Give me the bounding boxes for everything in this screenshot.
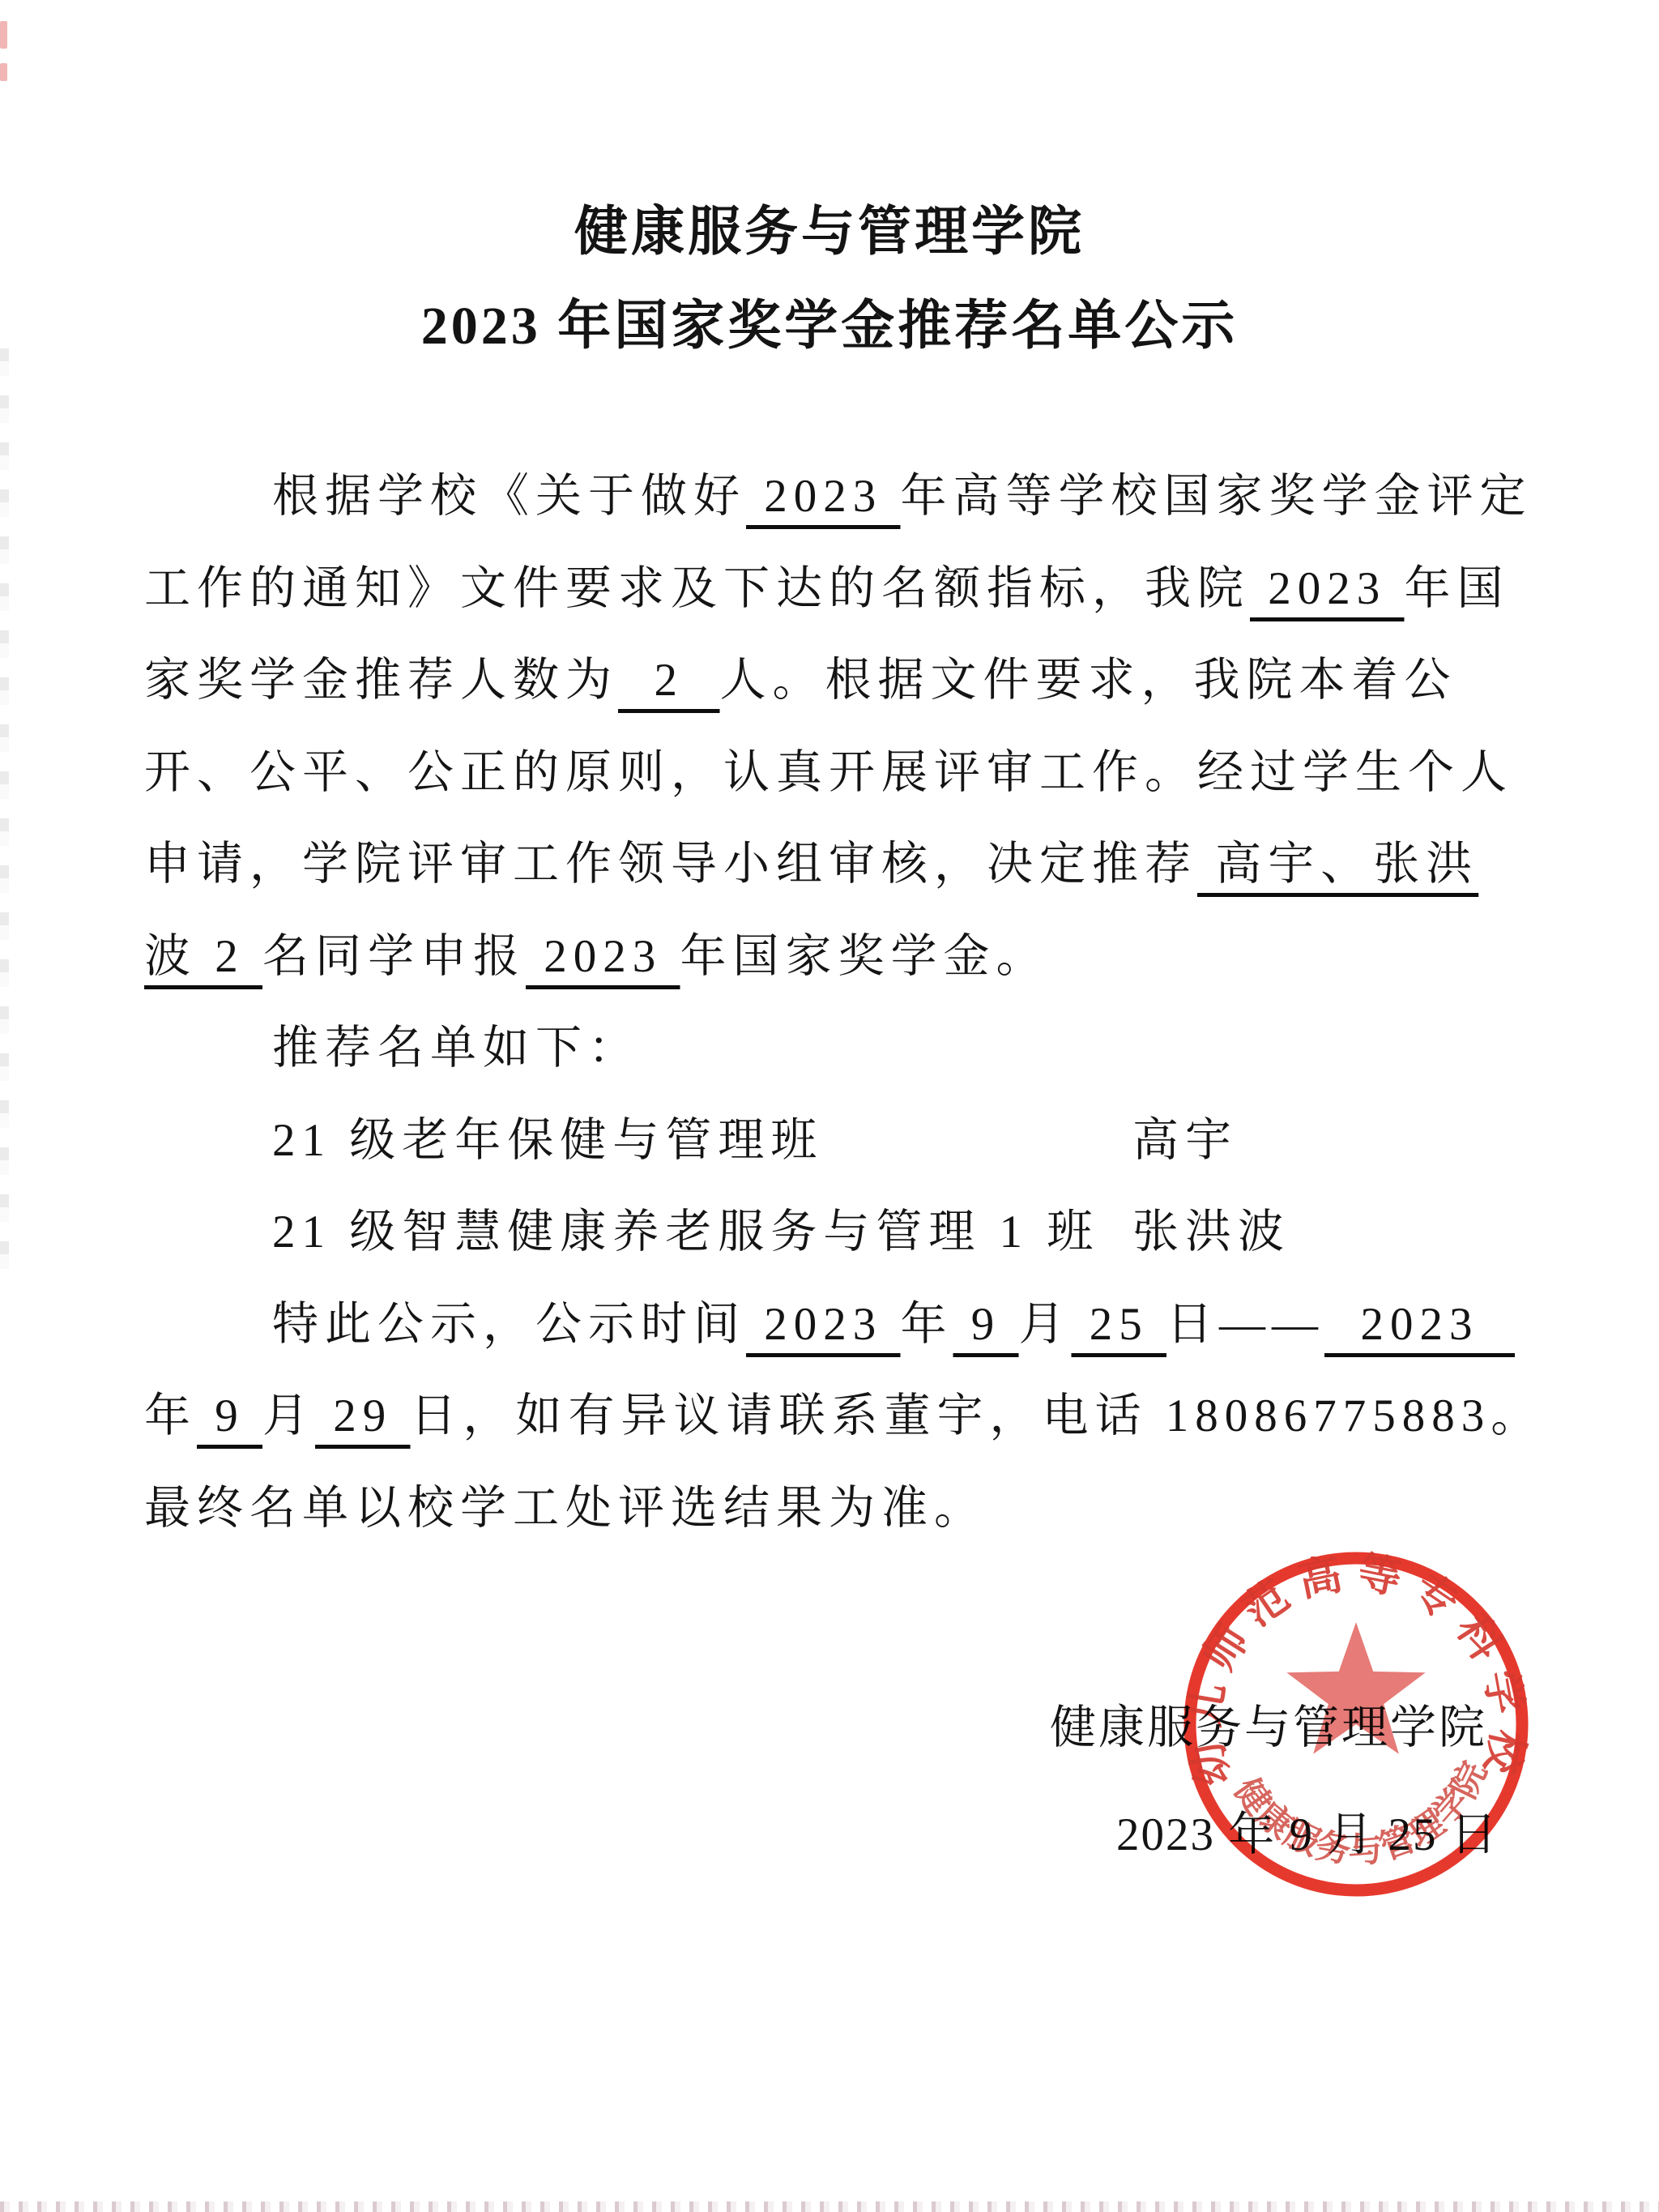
text-segment: 月 bbox=[262, 1390, 315, 1441]
text-segment: 月 bbox=[1019, 1299, 1072, 1350]
student-name: 张洪波 bbox=[1132, 1206, 1290, 1258]
text-segment: 年国家奖学金。 bbox=[680, 931, 1049, 982]
body-line: 家奖学金推荐人数为 2 人。根据文件要求，我院本着公 bbox=[144, 634, 1521, 727]
body-line: 特此公示，公示时间 2023 年 9 月 25 日—— 2023 bbox=[144, 1279, 1521, 1371]
underlined-value: 2023 bbox=[746, 1299, 901, 1350]
underlined-value: 9 bbox=[953, 1299, 1019, 1350]
text-segment: 年高等学校国家奖学金评定 bbox=[901, 471, 1533, 522]
underlined-value: 9 bbox=[197, 1390, 262, 1441]
text-segment: 年 bbox=[901, 1299, 953, 1350]
body-line: 申请，学院评审工作领导小组审核，决定推荐 高宇、张洪 bbox=[144, 818, 1521, 911]
underlined-value: 2 bbox=[618, 655, 720, 706]
body-line: 推荐名单如下： bbox=[144, 1002, 1521, 1095]
underlined-value: 2023 bbox=[1250, 563, 1405, 614]
document-body: 根据学校《关于做好 2023 年高等学校国家奖学金评定工作的通知》文件要求及下达… bbox=[144, 451, 1521, 1554]
text-segment: 特此公示，公示时间 bbox=[272, 1299, 746, 1350]
underlined-value: 2023 bbox=[746, 471, 901, 522]
class-name: 21 级老年保健与管理班 bbox=[272, 1095, 1132, 1187]
text-segment: 开、公平、公正的原则，认真开展评审工作。经过学生个人 bbox=[144, 747, 1513, 798]
class-name: 21 级智慧健康养老服务与管理 1 班 bbox=[272, 1186, 1132, 1279]
text-segment: 最终名单以校学工处评选结果为准。 bbox=[144, 1483, 987, 1534]
recommendation-row: 21 级智慧健康养老服务与管理 1 班张洪波 bbox=[144, 1186, 1521, 1279]
doc-title: 健康服务与管理学院 bbox=[0, 188, 1659, 265]
text-segment: 日，如有异议请联系董宇，电话 18086775883。 bbox=[411, 1390, 1544, 1441]
text-segment: 家奖学金推荐人数为 bbox=[144, 655, 618, 706]
recommendation-row: 21 级老年保健与管理班高宇 bbox=[144, 1095, 1521, 1187]
underlined-value: 2023 bbox=[1324, 1299, 1515, 1350]
scan-artifact-red bbox=[0, 63, 7, 81]
text-segment: 推荐名单如下： bbox=[272, 1023, 641, 1074]
text-segment: 年 bbox=[144, 1390, 197, 1441]
text-segment: 根据学校《关于做好 bbox=[272, 471, 746, 522]
body-line: 波 2 名同学申报 2023 年国家奖学金。 bbox=[144, 911, 1521, 1003]
doc-subtitle: 2023 年国家奖学金推荐名单公示 bbox=[0, 282, 1659, 359]
document-page: 健康服务与管理学院 2023 年国家奖学金推荐名单公示 根据学校《关于做好 20… bbox=[0, 0, 1659, 2212]
underlined-value: 高宇、张洪 bbox=[1197, 839, 1478, 890]
text-segment: 申请，学院评审工作领导小组审核，决定推荐 bbox=[144, 839, 1197, 890]
body-line: 工作的通知》文件要求及下达的名额指标，我院 2023 年国 bbox=[144, 543, 1521, 635]
body-line: 开、公平、公正的原则，认真开展评审工作。经过学生个人 bbox=[144, 727, 1521, 819]
underlined-value: 波 2 bbox=[144, 931, 262, 982]
underlined-value: 2023 bbox=[526, 931, 680, 982]
text-segment: 工作的通知》文件要求及下达的名额指标，我院 bbox=[144, 563, 1250, 614]
student-name: 高宇 bbox=[1132, 1115, 1238, 1166]
scan-artifact-red bbox=[0, 21, 7, 49]
text-segment: 名同学申报 bbox=[262, 931, 526, 982]
text-segment: 年国 bbox=[1405, 563, 1510, 614]
scan-artifact-left-edge bbox=[0, 348, 9, 1280]
seal-star-icon bbox=[1286, 1622, 1425, 1754]
body-line: 年 9 月 29 日，如有异议请联系董宇，电话 18086775883。 bbox=[144, 1370, 1521, 1463]
official-seal: 幼儿师范高等专科学校 健康服务与管理学院 bbox=[1170, 1536, 1542, 1909]
text-segment: 日—— bbox=[1166, 1299, 1324, 1350]
underlined-value: 29 bbox=[315, 1390, 411, 1441]
underlined-value: 25 bbox=[1072, 1299, 1167, 1350]
text-segment: 人。根据文件要求，我院本着公 bbox=[720, 655, 1457, 706]
body-line: 根据学校《关于做好 2023 年高等学校国家奖学金评定 bbox=[144, 451, 1521, 543]
scan-artifact-bottom-edge bbox=[0, 2201, 1659, 2212]
